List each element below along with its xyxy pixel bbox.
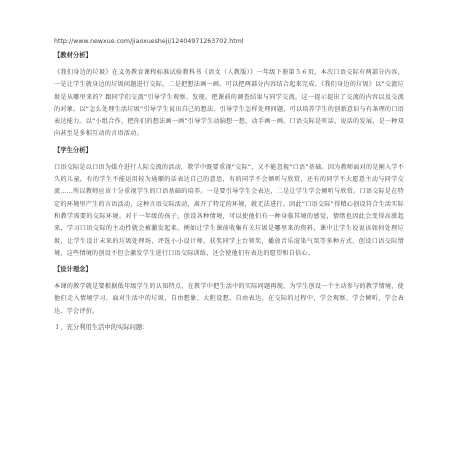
section-textbook-analysis: 【教材分析】 《我们身边的垃圾》在义务教育课程标准试验教科书《语文（人教版）》一… xyxy=(54,52,404,141)
section-paragraph: 口语交际是以口语为媒介进行人际交流的活动，教学中既要重视“交际”，又不能忽视“口… xyxy=(54,162,404,260)
section-paragraph: 《我们身边的垃圾》在义务教育课程标准试验教科书《语文（人教版）》一年级下册第５６… xyxy=(54,67,404,141)
document-page: http://www.newxue.com/jiaoxuesheji/12404… xyxy=(54,38,404,332)
section-heading: 【教材分析】 xyxy=(54,52,404,60)
section-student-analysis: 【学生分析】 口语交际是以口语为媒介进行人际交流的活动，教学中既要重视“交际”，… xyxy=(54,147,404,260)
section-paragraph: 本课的教学就是要根据低年级学生的认知特点，在教学中把生活中的实际问题再现，为学生… xyxy=(54,281,404,318)
source-url: http://www.newxue.com/jiaoxuesheji/12404… xyxy=(54,38,404,46)
section-heading: 【设计理念】 xyxy=(54,266,404,274)
section-design-concept: 【设计理念】 本课的教学就是要根据低年级学生的认知特点，在教学中把生活中的实际问… xyxy=(54,266,404,318)
numbered-list-item: １、充分利用生活中的实际问题： xyxy=(54,324,404,332)
section-heading: 【学生分析】 xyxy=(54,147,404,155)
